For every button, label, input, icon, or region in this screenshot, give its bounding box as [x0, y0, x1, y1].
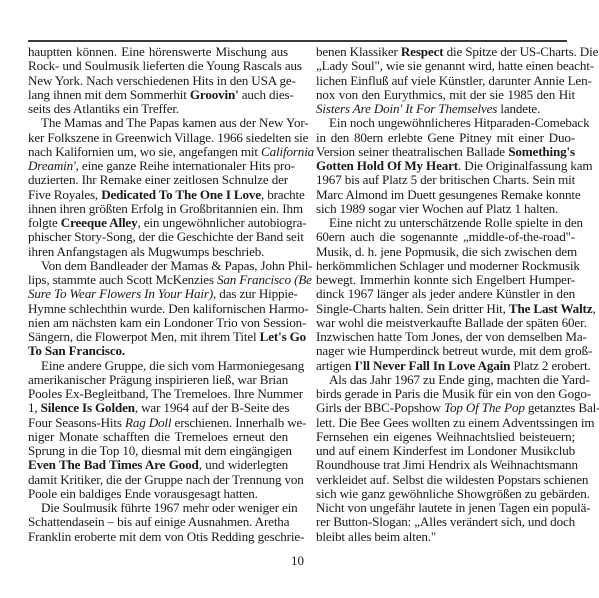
text-line: duzierten. Ihr Remake einer zeitlosen Sc…	[28, 173, 288, 187]
text-line: Als das Jahr 1967 zu Ende ging, machten …	[316, 373, 575, 387]
text-line: Version seiner theatralischen Ballade So…	[316, 145, 575, 159]
song-title-italic: California	[261, 144, 314, 159]
text-line: sich 1989 sogar vier Wochen auf Platz 1 …	[316, 202, 575, 216]
text-line: bewegt. Immerhin konnte sich Engelbert H…	[316, 273, 575, 287]
text-line: nox von den Eurythmics, mit der sie 1985…	[316, 88, 575, 102]
song-title: Groovin'	[190, 87, 239, 102]
text-line: Musik, d. h. jene Popmusik, die sich zwi…	[316, 245, 575, 259]
text-line: artigen I'll Never Fall In Love Again Pl…	[316, 359, 575, 373]
text-line: 60ern auch die sogenannte „middle-of-the…	[316, 230, 575, 244]
text-line: New York. Nach verschiedenen Hits in den…	[28, 74, 288, 88]
text-line: Sängern, die Flowerpot Men, mit ihrem Ti…	[28, 330, 288, 344]
text-line: Five Royales, Dedicated To The One I Lov…	[28, 188, 288, 202]
text-line: Poole ein baldiges Ende vorausgesagt hat…	[28, 487, 288, 501]
text-line: Inzwischen hatte Tom Jones, der von dems…	[316, 330, 575, 344]
right-column: benen Klassiker Respect die Spitze der U…	[316, 45, 575, 544]
text-line: benen Klassiker Respect die Spitze der U…	[316, 45, 575, 59]
text-line: seits des Atlantiks ein Treffer.	[28, 102, 288, 116]
text-line: To San Francisco.	[28, 344, 288, 358]
text-line: Even The Bad Times Are Good, und widerle…	[28, 458, 288, 472]
text-line: Schattendasein – bis auf einige Ausnahme…	[28, 515, 288, 529]
page-number: 10	[291, 553, 304, 569]
text-line: damit Kritiker, die der Gruppe nach der …	[28, 473, 288, 487]
text-line: 1, Silence Is Golden, war 1964 auf der B…	[28, 401, 288, 415]
text-line: Sure To Wear Flowers In Your Hair), das …	[28, 287, 288, 301]
text-line: Nicht von ungefähr lautete in jenen Tage…	[316, 501, 575, 515]
text-line: The Mamas and The Papas kamen aus der Ne…	[28, 116, 288, 130]
show-title-italic: Top Of The Pop	[444, 400, 525, 415]
text-line: niger Monate schafften die Tremeloes ern…	[28, 430, 288, 444]
song-title: Creeque Alley	[61, 215, 138, 230]
song-title: I'll Never Fall In Love Again	[354, 358, 510, 373]
text-line: lips, stammte auch Scott McKenzies San F…	[28, 273, 288, 287]
text-line: „Lady Soul", wie sie genannt wird, hatte…	[316, 59, 575, 73]
text-line: Von dem Bandleader der Mamas & Papas, Jo…	[28, 259, 288, 273]
text-line: nager wie Humperdinck betreut wurde, mit…	[316, 344, 575, 358]
song-title: Silence Is Golden	[41, 400, 135, 415]
song-title-italic: Dreamin'	[28, 158, 76, 173]
song-title-italic: Sure To Wear Flowers In Your Hair)	[28, 286, 213, 301]
text-line: Hymne schlechthin wurde. Den kalifornisc…	[28, 302, 288, 316]
left-column: hauptten können. Eine hörenswerte Mischu…	[28, 45, 288, 544]
text-line: nach Kalifornien um, wo sie, angefangen …	[28, 145, 288, 159]
text-line: Die Soulmusik führte 1967 mehr oder weni…	[28, 501, 288, 515]
text-line: amerikanischer Prägung inspirieren ließ,…	[28, 373, 288, 387]
song-title: Dedicated To The One I Love	[101, 187, 261, 202]
text-line: Gotten Hold Of My Heart. Die Originalfas…	[316, 159, 575, 173]
top-rule	[28, 40, 567, 42]
text-line: rer Button-Slogan: „Alles verändert sich…	[316, 515, 575, 529]
text-line: Eine andere Gruppe, die sich vom Harmoni…	[28, 359, 288, 373]
text-line: Franklin eroberte mit dem von Otis Reddi…	[28, 530, 288, 544]
song-title-italic: San Francisco (Be	[217, 272, 312, 287]
text-line: Eine nicht zu unterschätzende Rolle spie…	[316, 216, 575, 230]
text-line: birds gerade in Paris die Musik für ein …	[316, 387, 575, 401]
text-line: sich wie ganz gewöhnliche Showgrößen zu …	[316, 487, 575, 501]
text-line: herkömmlichen Schlager und moderner Rock…	[316, 259, 575, 273]
text-line: dinck 1967 länger als jeder andere Künst…	[316, 287, 575, 301]
song-title: Let's Go	[260, 329, 306, 344]
text-line: Rock- und Soulmusik lieferten die Young …	[28, 59, 288, 73]
text-line: Sprung in die Top 10, diesmal mit dem ei…	[28, 444, 288, 458]
song-title: Something's	[508, 144, 575, 159]
text-line: lett. Die Bee Gees wollten zu einem Adve…	[316, 416, 575, 430]
text-line: ihnen ihren größten Erfolg in Großbritan…	[28, 202, 288, 216]
text-line: Single-Charts halten. Sein dritter Hit, …	[316, 302, 575, 316]
text-line: phischer Story-Song, der die Geschichte …	[28, 230, 288, 244]
text-line: in den 80ern erlebte Gene Pitney mit ein…	[316, 131, 575, 145]
song-title: The Last Waltz	[509, 301, 593, 316]
text-line: Sisters Are Doin' It For Themselves land…	[316, 102, 575, 116]
song-title: To San Francisco.	[28, 343, 125, 358]
text-line: bleibt alles beim alten."	[316, 530, 575, 544]
song-title-italic: Rag Doll	[125, 415, 171, 430]
song-title: Even The Bad Times Are Good	[28, 457, 199, 472]
text-line: Roundhouse trat Jimi Hendrix als Weihnac…	[316, 458, 575, 472]
text-line: Four Seasons-Hits Rag Doll erschienen. I…	[28, 416, 288, 430]
song-title: Gotten Hold Of My Heart	[316, 158, 458, 173]
text-line: lang ihnen mit dem Sommerhit Groovin' au…	[28, 88, 288, 102]
text-line: Fernsehen ein eigenes Weihnachtslied bei…	[316, 430, 575, 444]
song-title-italic: Sisters Are Doin' It For Themselves	[316, 101, 497, 116]
text-line: Marc Almond im Duett gesungenes Remake k…	[316, 188, 575, 202]
text-line: Girls der BBC-Popshow Top Of The Pop get…	[316, 401, 575, 415]
text-line: verkleidet auf. Selbst die wildesten Pop…	[316, 473, 575, 487]
text-line: hauptten können. Eine hörenswerte Mischu…	[28, 45, 288, 59]
text-line: Ein noch ungewöhnlicheres Hitparaden-Com…	[316, 116, 575, 130]
text-line: lichen Einfluß auf viele Künstler, darun…	[316, 74, 575, 88]
song-title: Respect	[401, 44, 444, 59]
text-line: Dreamin', eine ganze Reihe international…	[28, 159, 288, 173]
text-line: ker Folkszene in Greenwich Village. 1966…	[28, 131, 288, 145]
text-line: war wohl die meistverkaufte Ballade der …	[316, 316, 575, 330]
text-line: Pooles Ex-Begleitband, The Tremeloes. Ih…	[28, 387, 288, 401]
text-line: nien am nächsten kam ein Londoner Trio v…	[28, 316, 288, 330]
text-line: 1967 bis auf Platz 5 der britischen Char…	[316, 173, 575, 187]
text-line: ihren Anfangstagen als Mugwumps beschrie…	[28, 245, 288, 259]
text-line: folgte Creeque Alley, ein ungewöhnlicher…	[28, 216, 288, 230]
text-line: und auf einem Kinderfest im Londoner Mus…	[316, 444, 575, 458]
